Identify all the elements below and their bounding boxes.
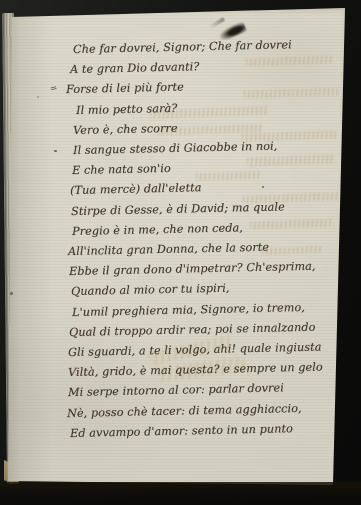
poem-line: E che nata son'io — [72, 162, 171, 177]
book-board-edge — [0, 482, 361, 505]
poem-line: Quando al mio cor tu ispiri, — [71, 282, 230, 298]
poem-line: Mi serpe intorno al cor: parlar dovrei — [68, 382, 284, 400]
poem-line: Che far dovrei, Signor; Che far dovrei — [73, 38, 292, 56]
poem-line: A te gran Dio davanti? — [70, 60, 200, 76]
poem-line: Pregio è in me, che non ceda, — [72, 221, 243, 238]
poem-line: All'inclita gran Donna, che la sorte — [68, 241, 269, 258]
manuscript-page: = Che far dovrei, Signor; Che far dovrei… — [0, 0, 361, 505]
poem-line: Ed avvampo d'amor: sento in un punto — [70, 422, 293, 440]
poem-line: L'umil preghiera mia, Signore, io tremo, — [72, 301, 305, 319]
poem-line: Viltà, grido, è mai questa? e sempre un … — [68, 361, 323, 380]
poem-text: Che far dovrei, Signor; Che far dovreiA … — [0, 0, 361, 505]
poem-line: Vero è, che scorre — [73, 122, 178, 137]
poem-line: Forse di lei più forte — [66, 81, 184, 97]
poem-line: Il sangue stesso di Giacobbe in noi, — [73, 140, 278, 157]
poem-line: (Tua mercè) dall'eletta — [70, 182, 202, 198]
poem-line: Stirpe di Gesse, è di David; ma quale — [71, 200, 285, 218]
poem-line: Qual di troppo ardir rea; poi se innalza… — [69, 320, 316, 338]
poem-line: Nè, posso chè tacer: di tema agghiaccio, — [67, 401, 302, 419]
poem-line: Gli sguardi, a te li volgo, ahi! quale i… — [68, 340, 322, 359]
poem-line: Il mio petto sarà? — [76, 101, 178, 116]
manuscript-photo: = Che far dovrei, Signor; Che far dovrei… — [0, 0, 361, 505]
poem-line: Ebbe il gran dono d'impetrar? Ch'esprima… — [69, 260, 316, 278]
